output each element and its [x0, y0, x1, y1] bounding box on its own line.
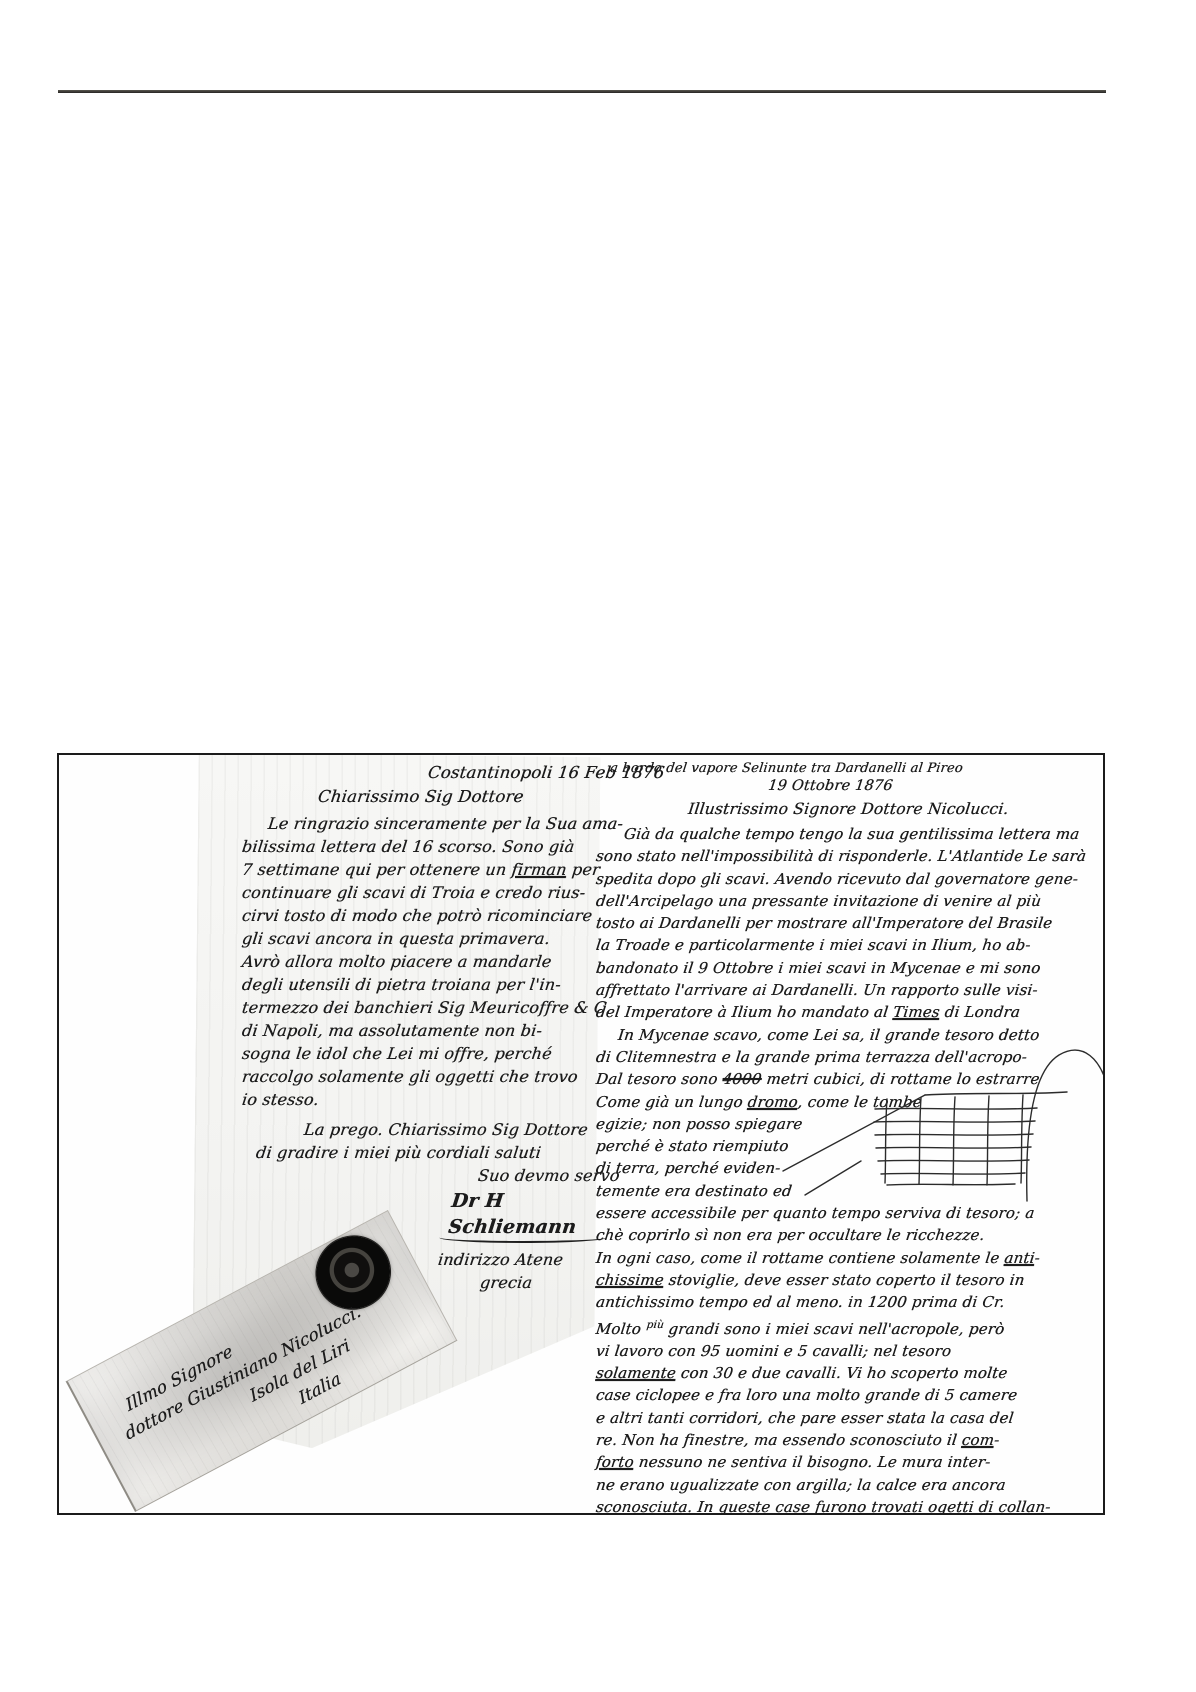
handwritten-line: sono stato nell'impossibilità di rispond… — [595, 845, 1105, 867]
handwritten-line: chè coprirlo sì non era per occultare le… — [595, 1224, 1105, 1246]
left-letter-valediction: Suo devmo servo — [477, 1164, 600, 1187]
right-letter-dateline: 19 Ottobre 1876 — [767, 777, 1105, 796]
handwritten-line: vi lavoro con 95 uomini e 5 cavalli; nel… — [595, 1340, 1105, 1362]
right-letter-place-line: a bordo del vapore Selinunte tra Dardane… — [609, 760, 1105, 777]
handwritten-line: sconosciuta. In queste case furono trova… — [595, 1496, 1105, 1515]
excavation-sketch-icon — [775, 1043, 1105, 1203]
handwritten-line: e altri tanti corridori, che pare esser … — [595, 1407, 1105, 1429]
handwritten-line: solamente con 30 e due cavalli. Vi ho sc… — [595, 1362, 1105, 1384]
envelope-address: Illmo Signoredottore Giustiniano Nicoluc… — [109, 1278, 390, 1491]
left-letter-dateline: Costantinopoli 16 Feb 1876 — [427, 763, 599, 782]
handwritten-line: case ciclopee e fra loro una molto grand… — [595, 1384, 1105, 1406]
handwritten-line: termezzo dei banchieri Sig Meuricoffre &… — [241, 996, 600, 1019]
header-rule — [58, 90, 1106, 93]
handwritten-line: sogna le idol che Lei mi offre, perché — [241, 1042, 600, 1065]
handwritten-line: raccolgo solamente gli oggetti che trovo — [241, 1065, 600, 1088]
handwritten-line: antichissimo tempo ed al meno. in 1200 p… — [595, 1291, 1105, 1313]
handwritten-line: re. Non ha finestre, ma essendo sconosci… — [595, 1429, 1105, 1451]
handwritten-line: del Imperatore à Ilium ho mandato al Tim… — [595, 1001, 1105, 1023]
handwritten-line: Avrò allora molto piacere a mandarle — [241, 950, 600, 973]
handwritten-line: bandonato il 9 Ottobre i miei scavi in M… — [595, 957, 1105, 979]
left-letter-salutation: Chiarissimo Sig Dottore — [317, 787, 599, 806]
handwritten-line: Già da qualche tempo tengo la sua gentil… — [623, 823, 1105, 845]
handwritten-line: tosto ai Dardanelli per mostrare all'Imp… — [595, 912, 1105, 934]
handwritten-line: degli utensili di pietra troiana per l'i… — [241, 973, 600, 996]
handwritten-line: forto nessuno ne sentiva il bisogno. Le … — [595, 1451, 1105, 1473]
handwritten-line: Molto più grandi sono i miei scavi nell'… — [594, 1314, 1105, 1340]
handwritten-line: la Troade e particolarmente i miei scavi… — [595, 934, 1105, 956]
handwritten-line: affrettato l'arrivare ai Dardanelli. Un … — [595, 979, 1105, 1001]
handwritten-line: ne erano ugualizzate con argilla; la cal… — [595, 1474, 1105, 1496]
handwritten-line: 7 settimane qui per ottenere un firman p… — [241, 858, 600, 881]
handwritten-line: gli scavi ancora in questa primavera. — [241, 927, 600, 950]
left-letter-address-note: grecia — [479, 1271, 600, 1294]
right-letter-salutation: Illustrissimo Signore Dottore Nicolucci. — [687, 799, 1105, 820]
schliemann-signature: Dr H Schliemann — [447, 1188, 601, 1240]
left-letter-body: Le ringrazio sinceramente per la Sua ama… — [242, 812, 598, 1111]
book-page: Costantinopoli 16 Feb 1876 Chiarissimo S… — [0, 0, 1196, 1692]
facsimile-plate: Costantinopoli 16 Feb 1876 Chiarissimo S… — [57, 753, 1105, 1515]
handwritten-line: cirvi tosto di modo che potrò ricomincia… — [241, 904, 600, 927]
handwritten-line: bilissima lettera del 16 scorso. Sono gi… — [241, 835, 600, 858]
handwritten-line: dell'Arcipelago una pressante invitazion… — [595, 890, 1105, 912]
handwritten-line: di Napoli, ma assolutamente non bi- — [241, 1019, 600, 1042]
left-letter-closing: di gradire i miei più cordiali saluti — [255, 1141, 600, 1164]
handwritten-line: essere accessibile per quanto tempo serv… — [595, 1202, 1105, 1224]
left-letter-address-note: indirizzo Atene — [437, 1248, 600, 1271]
left-letter-closing: La prego. Chiarissimo Sig Dottore — [303, 1118, 600, 1141]
handwritten-line: Le ringrazio sinceramente per la Sua ama… — [267, 812, 600, 835]
handwritten-line: chissime stoviglie, deve esser stato cop… — [595, 1269, 1105, 1291]
handwritten-line: spedita dopo gli scavi. Avendo ricevuto … — [595, 868, 1105, 890]
handwritten-line: In ogni caso, come il rottame contiene s… — [595, 1247, 1105, 1269]
left-letter: Costantinopoli 16 Feb 1876 Chiarissimo S… — [242, 763, 598, 1294]
handwritten-line: io stesso. — [241, 1088, 600, 1111]
handwritten-line: continuare gli scavi di Troia e credo ri… — [241, 881, 600, 904]
